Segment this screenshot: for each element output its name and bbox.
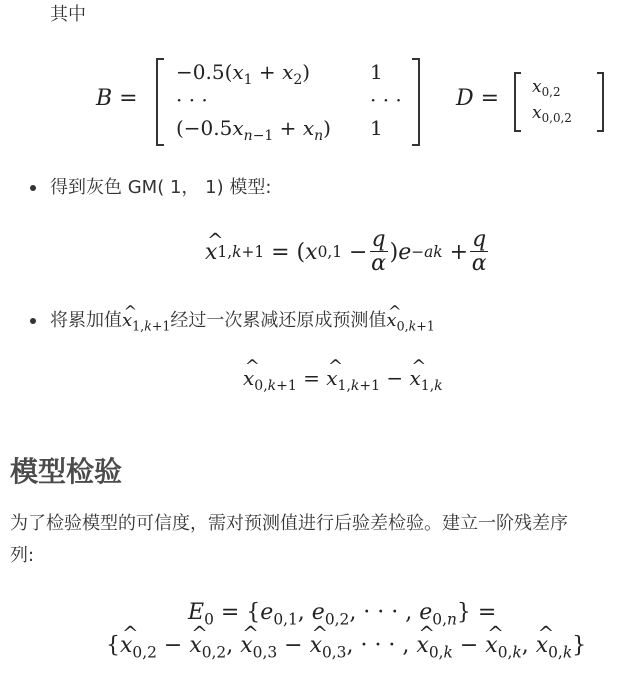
matrix-b-col2: 1 · · · 1 — [370, 58, 402, 142]
section-paragraph-line1: 为了检验模型的可信度，需对预测值进行后验差检验。建立一阶残差序 — [10, 512, 568, 536]
section-heading: 模型检验 — [10, 450, 122, 490]
matrix-b-r3c1: (−0.5xn−1 + xn) — [176, 114, 331, 142]
equation-residual-line2: {x0,2 − x0,2, x0,3 − x0,3, · · · , x0,k … — [106, 633, 586, 658]
matrix-b-r1c2: 1 — [370, 58, 402, 86]
intro-label: 其中 — [50, 3, 86, 27]
matrix-d-r1: x0,2 — [532, 74, 572, 100]
matrix-b-right-bracket — [412, 58, 420, 146]
matrix-b-r1c1: −0.5(x1 + x2) — [176, 58, 331, 86]
equation-restore: x0,k+1 = x1,k+1 − x1,k — [243, 366, 443, 390]
bullet-restore: 将累加值x1,k+1经过一次累减还原成预测值x0,k+1 — [50, 309, 435, 333]
matrix-d-left-bracket — [514, 72, 521, 132]
equation-residual-line1: E0 = {e0,1, e0,2, · · · , e0,n} = — [188, 600, 496, 625]
matrix-b-label: B = — [96, 86, 138, 111]
matrix-d-r2: x0,0,2 — [532, 100, 572, 126]
matrix-b-col1: −0.5(x1 + x2) · · · (−0.5xn−1 + xn) — [176, 58, 331, 142]
bullet-dot — [30, 185, 36, 191]
matrix-b-left-bracket — [156, 58, 164, 146]
matrix-b-r2c1: · · · — [176, 86, 331, 114]
equation-gm-model: x1,k+1 = (x0,1 − qα)e−ak + qα — [205, 228, 490, 276]
matrix-d-col: x0,2 x0,0,2 — [532, 74, 572, 126]
matrix-b-r3c2: 1 — [370, 114, 402, 142]
section-paragraph-line2: 列: — [10, 544, 34, 568]
matrix-d-right-bracket — [597, 72, 604, 132]
bullet-dot — [30, 318, 36, 324]
matrix-b-r2c2: · · · — [370, 86, 402, 114]
matrix-d-label: D = — [456, 86, 499, 111]
bullet-gm-model: 得到灰色 GM( 1， 1) 模型: — [50, 176, 271, 200]
